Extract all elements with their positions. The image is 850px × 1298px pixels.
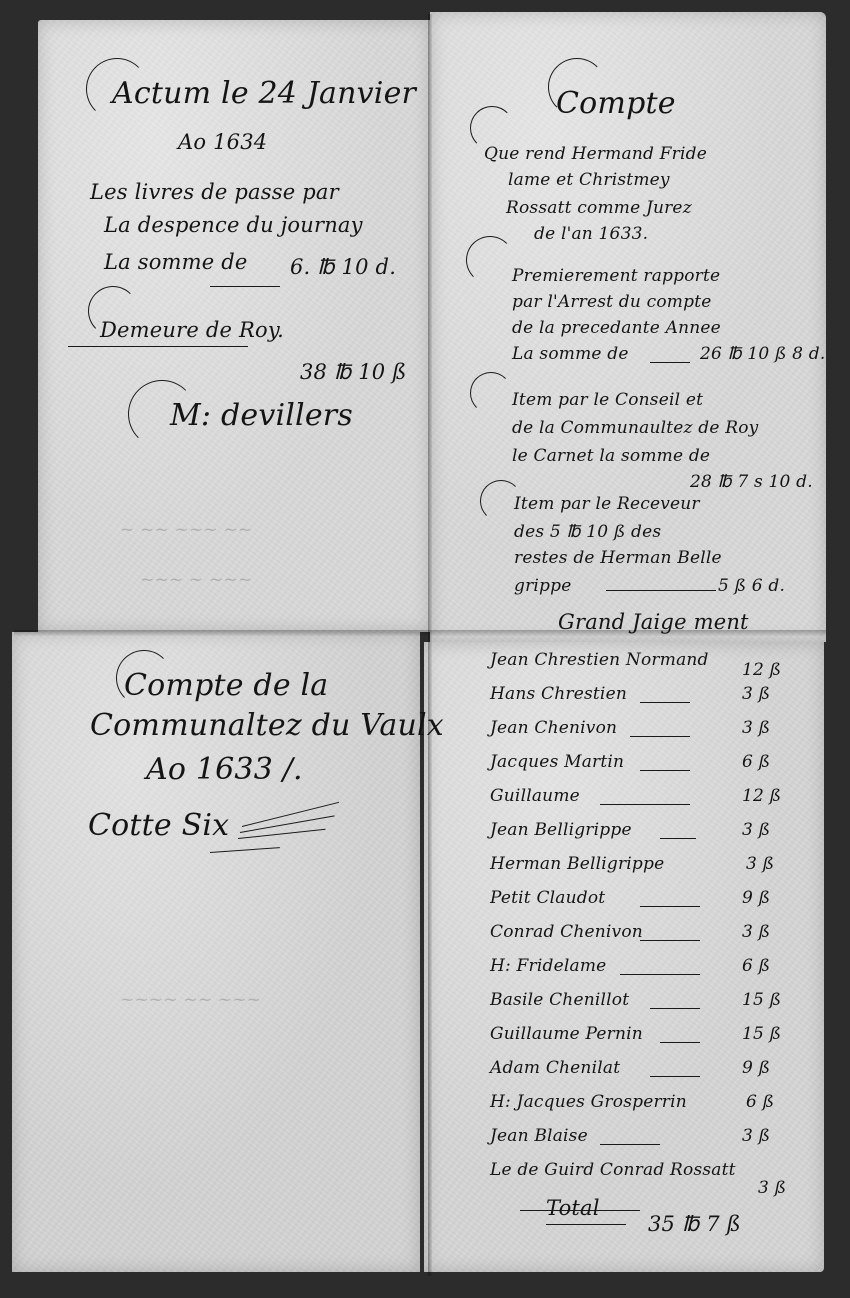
ledger-amount: 3 ß: [758, 1178, 786, 1198]
signature: M: devillers: [170, 398, 353, 433]
remainder-amount: 38 ℔ 10 ß: [300, 360, 406, 384]
ledger-amount: 3 ß: [742, 922, 770, 942]
ledger-row: Jacques Martin 6 ß: [490, 752, 810, 780]
bleed-through-text: ~ ~~ ~~~ ~~: [120, 520, 252, 540]
intro-line: Rossatt comme Jurez: [506, 198, 692, 218]
initial-flourish: [466, 236, 514, 284]
entry-line: de la Communaultez de Roy: [512, 418, 758, 438]
ledger-name: Herman Belligrippe: [490, 854, 664, 874]
underline: [210, 286, 280, 287]
ledger-amount: 3 ß: [742, 718, 770, 738]
leader-line: [640, 940, 700, 941]
initial-flourish: [470, 372, 512, 414]
total-underline: [520, 1210, 640, 1211]
leader-line: [650, 362, 690, 363]
ledger-row: Guillaume Pernin 15 ß: [490, 1024, 810, 1052]
ledger-row: Herman Belligrippe 3 ß: [490, 854, 810, 882]
ledger-amount: 3 ß: [746, 854, 774, 874]
ledger-name: Conrad Chenivon: [490, 922, 643, 942]
ledger-amount: 3 ß: [742, 684, 770, 704]
intro-line: Que rend Hermand Fride: [484, 144, 707, 164]
actum-year: Ao 1634: [178, 130, 267, 154]
ledger-amount: 6 ß: [742, 752, 770, 772]
ledger-row: Conrad Chenivon 3 ß: [490, 922, 810, 950]
underline: [68, 346, 248, 347]
entry-line: par l'Arrest du compte: [512, 292, 712, 312]
remainder-label: Demeure de Roy.: [100, 318, 284, 342]
leader-line: [660, 1042, 700, 1043]
entry-amount: 28 ℔ 7 s 10 d.: [690, 472, 813, 492]
ledger-name: Adam Chenilat: [490, 1058, 620, 1078]
bleed-through-text: ~~~ ~ ~~~: [140, 570, 252, 590]
ledger-row: H: Fridelame 6 ß: [490, 956, 810, 984]
ledger-name: Jacques Martin: [490, 752, 624, 772]
entry-amount: 26 ℔ 10 ß 8 d.: [700, 344, 825, 364]
leader-line: [600, 804, 690, 805]
ledger-amount: 15 ß: [742, 990, 781, 1010]
vertical-fold-crease: [428, 14, 432, 1276]
body-line: La despence du journay: [104, 213, 363, 237]
ledger-row: Jean Belligrippe 3 ß: [490, 820, 810, 848]
entry-line: Item par le Conseil et: [512, 390, 703, 410]
leader-line: [600, 1144, 660, 1145]
ledger-name: Le de Guird Conrad Rossatt: [490, 1160, 736, 1180]
entry-line: des 5 ℔ 10 ß des: [514, 522, 661, 542]
ledger-row: Jean Chenivon 3 ß: [490, 718, 810, 746]
section-heading: Grand Jaige ment: [558, 610, 749, 634]
ledger-amount: 12 ß: [742, 660, 781, 680]
ledger-name: Hans Chrestien: [490, 684, 627, 704]
ledger-amount: 15 ß: [742, 1024, 781, 1044]
actum-heading: Actum le 24 Janvier: [112, 76, 416, 111]
leader-line: [640, 702, 690, 703]
body-line: La somme de: [104, 250, 248, 274]
entry-line: Premierement rapporte: [512, 266, 720, 286]
leader-line: [650, 1008, 700, 1009]
cote-label: Cotte Six: [88, 808, 229, 843]
cover-title: Communaltez du Vaulx: [90, 708, 444, 743]
total-label: Total: [546, 1196, 600, 1220]
leader-line: [650, 1076, 700, 1077]
account-title: Compte: [556, 86, 676, 121]
entry-line: de la precedante Annee: [512, 318, 721, 338]
intro-line: de l'an 1633.: [534, 224, 648, 244]
entry-line: La somme de: [512, 344, 629, 364]
ledger-amount: 6 ß: [746, 1092, 774, 1112]
intro-line: lame et Christmey: [508, 170, 670, 190]
ledger-row: Hans Chrestien 3 ß: [490, 684, 810, 712]
entry-line: restes de Herman Belle: [514, 548, 722, 568]
ledger-name: Basile Chenillot: [490, 990, 629, 1010]
ledger-row: Petit Claudot 9 ß: [490, 888, 810, 916]
ledger-row: Adam Chenilat 9 ß: [490, 1058, 810, 1086]
ledger-row: Guillaume 12 ß: [490, 786, 810, 814]
entry-line: grippe: [514, 576, 571, 596]
leader-line: [606, 590, 716, 591]
ledger-row: Basile Chenillot 15 ß: [490, 990, 810, 1018]
leader-line: [620, 974, 700, 975]
body-amount: 6. ℔ 10 d.: [290, 255, 396, 279]
ledger-row: Jean Blaise 3 ß: [490, 1126, 810, 1154]
leader-line: [630, 736, 690, 737]
ledger-amount: 9 ß: [742, 888, 770, 908]
ledger-name: Jean Blaise: [490, 1126, 588, 1146]
ledger-name: H: Fridelame: [490, 956, 606, 976]
ledger-name: Jean Belligrippe: [490, 820, 632, 840]
ledger-amount: 3 ß: [742, 1126, 770, 1146]
total-amount: 35 ℔ 7 ß: [648, 1212, 741, 1236]
ledger-amount: 9 ß: [742, 1058, 770, 1078]
leader-line: [640, 770, 690, 771]
ledger-name: Petit Claudot: [490, 888, 605, 908]
bleed-through-text: ~~~~ ~~ ~~~: [120, 990, 261, 1010]
ledger-row: Jean Chrestien Normand 12 ß: [490, 650, 810, 678]
total-underline: [546, 1224, 626, 1225]
cover-title: Compte de la: [124, 668, 328, 703]
leader-line: [660, 838, 696, 839]
ledger-row: H: Jacques Grosperrin 6 ß: [490, 1092, 810, 1120]
entry-line: le Carnet la somme de: [512, 446, 710, 466]
ledger-amount: 12 ß: [742, 786, 781, 806]
ledger-list: Jean Chrestien Normand 12 ß Hans Chresti…: [490, 650, 810, 1190]
body-line: Les livres de passe par: [90, 180, 339, 204]
ledger-name: Guillaume: [490, 786, 580, 806]
entry-amount: 5 ß 6 d.: [718, 576, 785, 596]
ledger-amount: 3 ß: [742, 820, 770, 840]
cover-year: Ao 1633 /.: [146, 752, 303, 787]
ledger-name: H: Jacques Grosperrin: [490, 1092, 687, 1112]
entry-line: Item par le Receveur: [514, 494, 700, 514]
ledger-name: Jean Chenivon: [490, 718, 617, 738]
ledger-name: Guillaume Pernin: [490, 1024, 643, 1044]
ledger-row: Le de Guird Conrad Rossatt 3 ß: [490, 1160, 810, 1188]
ledger-name: Jean Chrestien Normand: [490, 650, 709, 670]
ledger-amount: 6 ß: [742, 956, 770, 976]
leader-line: [640, 906, 700, 907]
